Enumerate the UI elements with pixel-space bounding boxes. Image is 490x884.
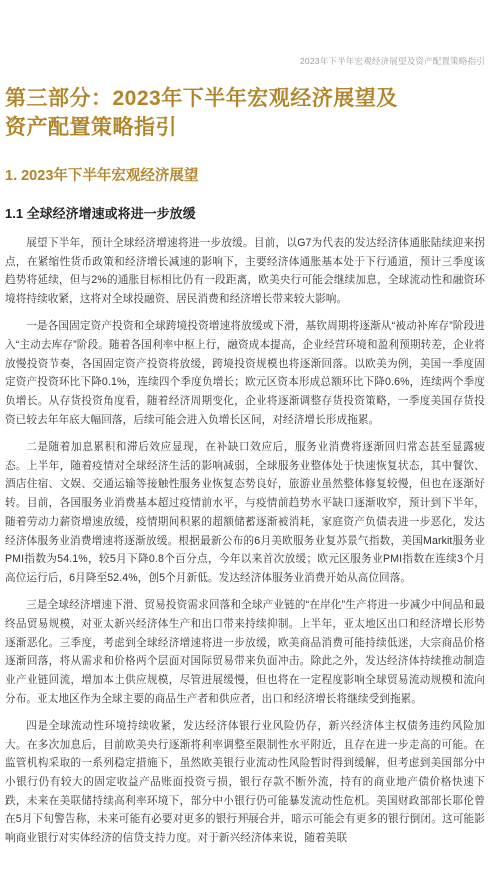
paragraph-point-3: 三是全球经济增速下滑、贸易投资需求回落和全球产业链的“在岸化”生产将进一步减少中…: [5, 596, 485, 708]
paragraph-overview: 展望下半年，预计全球经济增速将进一步放缓。目前，以G7为代表的发达经济体通胀陆续…: [5, 234, 485, 309]
paragraph-point-1: 一是各国固定资产投资和全球跨境投资增速将放缓或下滑，基钦周期将逐渐从“被动补库存…: [5, 317, 485, 429]
paragraph-point-4: 四是全球流动性环境持续收紧，发达经济体银行业风险仍存，新兴经济体主权债务违约风险…: [5, 717, 485, 848]
body-text: 展望下半年，预计全球经济增速将进一步放缓。目前，以G7为代表的发达经济体通胀陆续…: [5, 234, 485, 848]
document-title-line1: 第三部分：2023年下半年宏观经济展望及: [5, 85, 485, 114]
subsection-heading: 1.1 全球经济增速或将进一步放缓: [5, 206, 485, 222]
section-heading: 1. 2023年下半年宏观经济展望: [5, 167, 485, 185]
document-title: 第三部分：2023年下半年宏观经济展望及 资产配置策略指引: [5, 85, 485, 142]
running-header: 2023年下半年宏观经济展望及资产配置策略指引: [5, 0, 485, 67]
document-page: 2023年下半年宏观经济展望及资产配置策略指引 第三部分：2023年下半年宏观经…: [0, 0, 490, 884]
page-number: — 51 —: [0, 812, 490, 822]
document-title-line2: 资产配置策略指引: [5, 114, 485, 143]
paragraph-point-2: 二是随着加息累积和滞后效应显现，在补缺口效应后，服务业消费将逐渐回归常态甚至显露…: [5, 438, 485, 588]
